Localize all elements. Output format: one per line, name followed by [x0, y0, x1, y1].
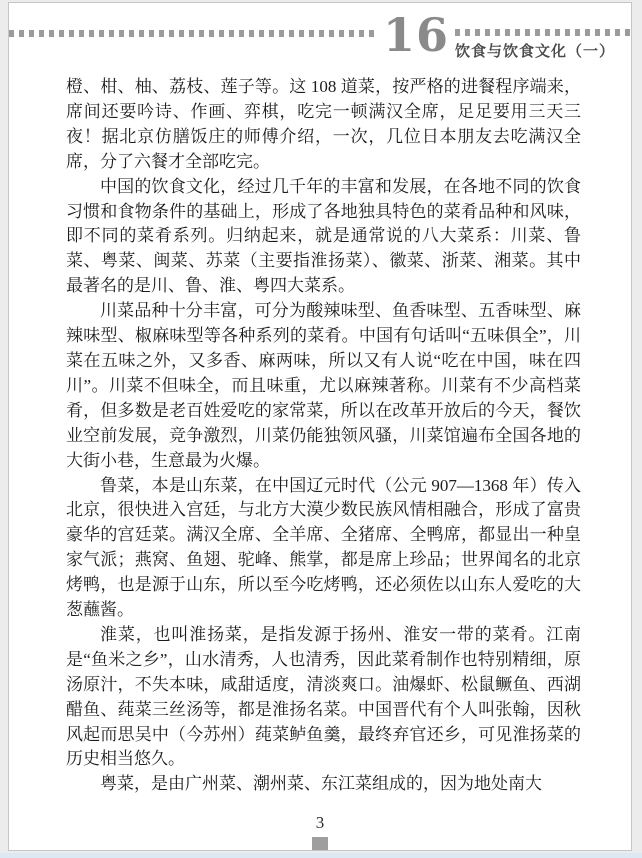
screenshot-canvas: 16 饮食与饮食文化（一） 橙、柑、柚、荔枝、莲子等。这 108 道菜，按严格的… — [0, 0, 642, 858]
header-dotted-line-left — [9, 30, 379, 37]
book-title: 饮食与饮食文化（一） — [455, 40, 632, 61]
paragraph: 淮菜，也叫淮扬菜，是指发源于扬州、淮安一带的菜肴。江南是“鱼米之乡”，山水清秀，… — [66, 623, 581, 772]
book-page: 16 饮食与饮食文化（一） 橙、柑、柚、荔枝、莲子等。这 108 道菜，按严格的… — [8, 2, 632, 851]
folio-square — [312, 837, 328, 851]
paragraph: 粤菜，是由广州菜、潮州菜、东江菜组成的，因为地处南大 — [66, 772, 581, 797]
folio-page-number: 3 — [9, 813, 631, 833]
header-dotted-line-right — [455, 29, 632, 36]
bottom-edge-strip — [0, 853, 642, 858]
paragraph: 中国的饮食文化，经过几千年的丰富和发展，在各地不同的饮食习惯和食物条件的基础上，… — [66, 175, 581, 300]
paragraph: 川菜品种十分丰富，可分为酸辣味型、鱼香味型、五香味型、麻辣味型、椒麻味型等各种系… — [66, 299, 581, 473]
body-text: 橙、柑、柚、荔枝、莲子等。这 108 道菜，按严格的进餐程序端来，席间还要吟诗、… — [66, 75, 581, 797]
paragraph: 橙、柑、柚、荔枝、莲子等。这 108 道菜，按严格的进餐程序端来，席间还要吟诗、… — [66, 75, 581, 175]
paragraph: 鲁菜，本是山东菜，在中国辽元时代（公元 907—1368 年）传入北京，很快进入… — [66, 474, 581, 623]
chapter-number: 16 — [383, 11, 449, 59]
header-title-block: 饮食与饮食文化（一） — [455, 29, 632, 61]
